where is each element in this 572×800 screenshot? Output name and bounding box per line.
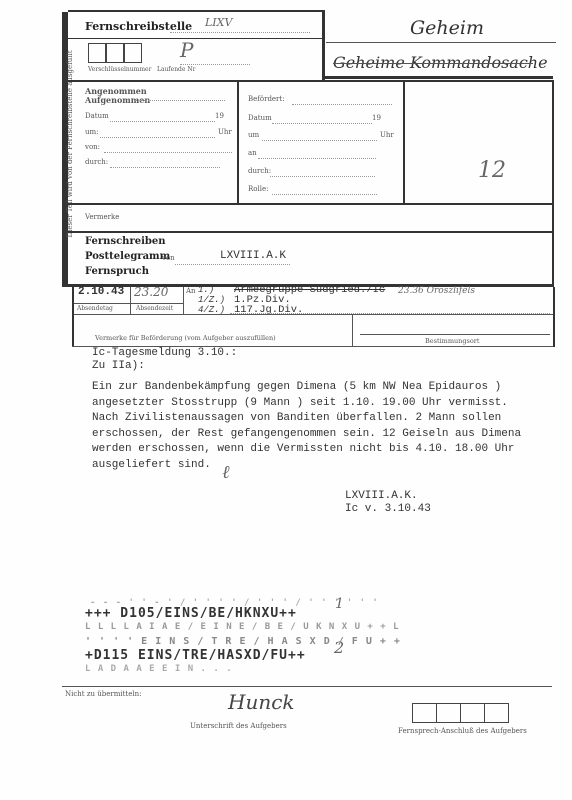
teletype-strip-1: +++ D105/EINS/BE/HKNXU++ — [85, 606, 297, 621]
page-number-handwritten: 12 — [478, 158, 506, 183]
cipher-label: Verschlüsselnummer — [88, 66, 151, 73]
type-posttelegramm: Posttelegramm — [85, 251, 170, 262]
received-date-label: Datum — [85, 112, 109, 120]
cipher-box-3 — [124, 43, 142, 63]
cipher-box-2 — [106, 43, 124, 63]
signature-handwritten: Hunck — [228, 690, 295, 714]
from-label: von — [162, 254, 175, 262]
station-value: LIXV — [205, 16, 232, 29]
received-time-label: um: — [85, 128, 99, 136]
margin-mark-1: 1 — [335, 596, 344, 612]
forwarded-time-label: um — [248, 131, 259, 139]
teletype-ghost-2: L L L L A I A E / E I N E / B E / U K N … — [85, 622, 400, 632]
forwarded-title: Befördert: — [248, 95, 285, 103]
recipient-marker: 1/Z.) — [186, 295, 234, 305]
margin-mark-2: 2 — [334, 638, 344, 657]
phone-box-4 — [484, 703, 509, 723]
teletype-ghost-3: ' ' ' ' E I N S / T R E / H A S X D / F … — [85, 636, 401, 647]
phone-box-3 — [460, 703, 485, 723]
recipient-marker: 4/Z.) — [186, 305, 234, 315]
cipher-box-1 — [88, 43, 106, 63]
forwarded-to-label: an — [248, 149, 257, 157]
teletype-strip-2: +D115 EINS/TRE/HASXD/FU++ — [85, 648, 306, 663]
classification-top: Geheim — [410, 17, 484, 39]
received-year: 19 — [215, 112, 224, 120]
forwarded-year: 19 — [372, 114, 381, 122]
received-time-suffix: Uhr — [218, 128, 232, 136]
message-heading-2: Zu IIa): — [92, 360, 145, 372]
side-margin-text: Dieser Teil wird von der Fernschreibstel… — [66, 34, 74, 254]
remarks-label: Vermerke — [85, 213, 119, 221]
dispatch-date-label: Absendetag — [77, 305, 113, 312]
message-heading-1: Ic-Tagesmeldung 3.10.: — [92, 347, 237, 359]
type-fernschreiben: Fernschreiben — [85, 236, 166, 247]
priority-label: Vermerke für Beförderung (vom Aufgeber a… — [95, 334, 276, 342]
phone-box-1 — [412, 703, 437, 723]
do-not-transmit-label: Nicht zu übermitteln: — [65, 690, 141, 698]
signature-unit: LXVIII.A.K. — [345, 490, 418, 502]
received-by-label: durch: — [85, 158, 108, 166]
dispatch-time-label: Absendezeit — [136, 305, 173, 312]
running-number-label: Laufende Nr — [157, 66, 195, 73]
received-from-label: von: — [85, 143, 100, 151]
initial-mark: ℓ — [222, 462, 230, 483]
forwarded-time-suffix: Uhr — [380, 131, 394, 139]
handwritten-note: 23.36 Oroszlifels — [398, 286, 475, 296]
forwarded-by-label: durch: — [248, 167, 271, 175]
signature-date: Ic v. 3.10.43 — [345, 503, 431, 515]
teletype-ghost-4: L A D A A E E I N . . . — [85, 664, 233, 674]
signature-label: Unterschrift des Aufgebers — [190, 722, 287, 730]
running-number-mark: P — [180, 38, 193, 62]
dispatch-time: 23.20 — [134, 285, 168, 299]
phone-box-2 — [436, 703, 461, 723]
phone-label: Fernsprech-Anschluß des Aufgebers — [398, 727, 527, 735]
dispatch-date: 2.10.43 — [78, 286, 124, 298]
from-value: LXVIII.A.K — [220, 250, 286, 262]
forwarded-roll-label: Rolle: — [248, 185, 268, 193]
recipient-marker: 1.) — [186, 285, 234, 295]
message-body: Ein zur Bandenbekämpfung gegen Dimena (5… — [92, 380, 521, 474]
recipient-name: 117.Jg.Div. — [234, 304, 303, 316]
forwarded-date-label: Datum — [248, 114, 272, 122]
destination-label: Bestimmungsort — [425, 337, 479, 345]
type-fernspruch: Fernspruch — [85, 266, 149, 277]
recipient-list: 1.)Armeegruppe Südgried./Ic1/Z.)1.Pz.Div… — [186, 285, 385, 315]
